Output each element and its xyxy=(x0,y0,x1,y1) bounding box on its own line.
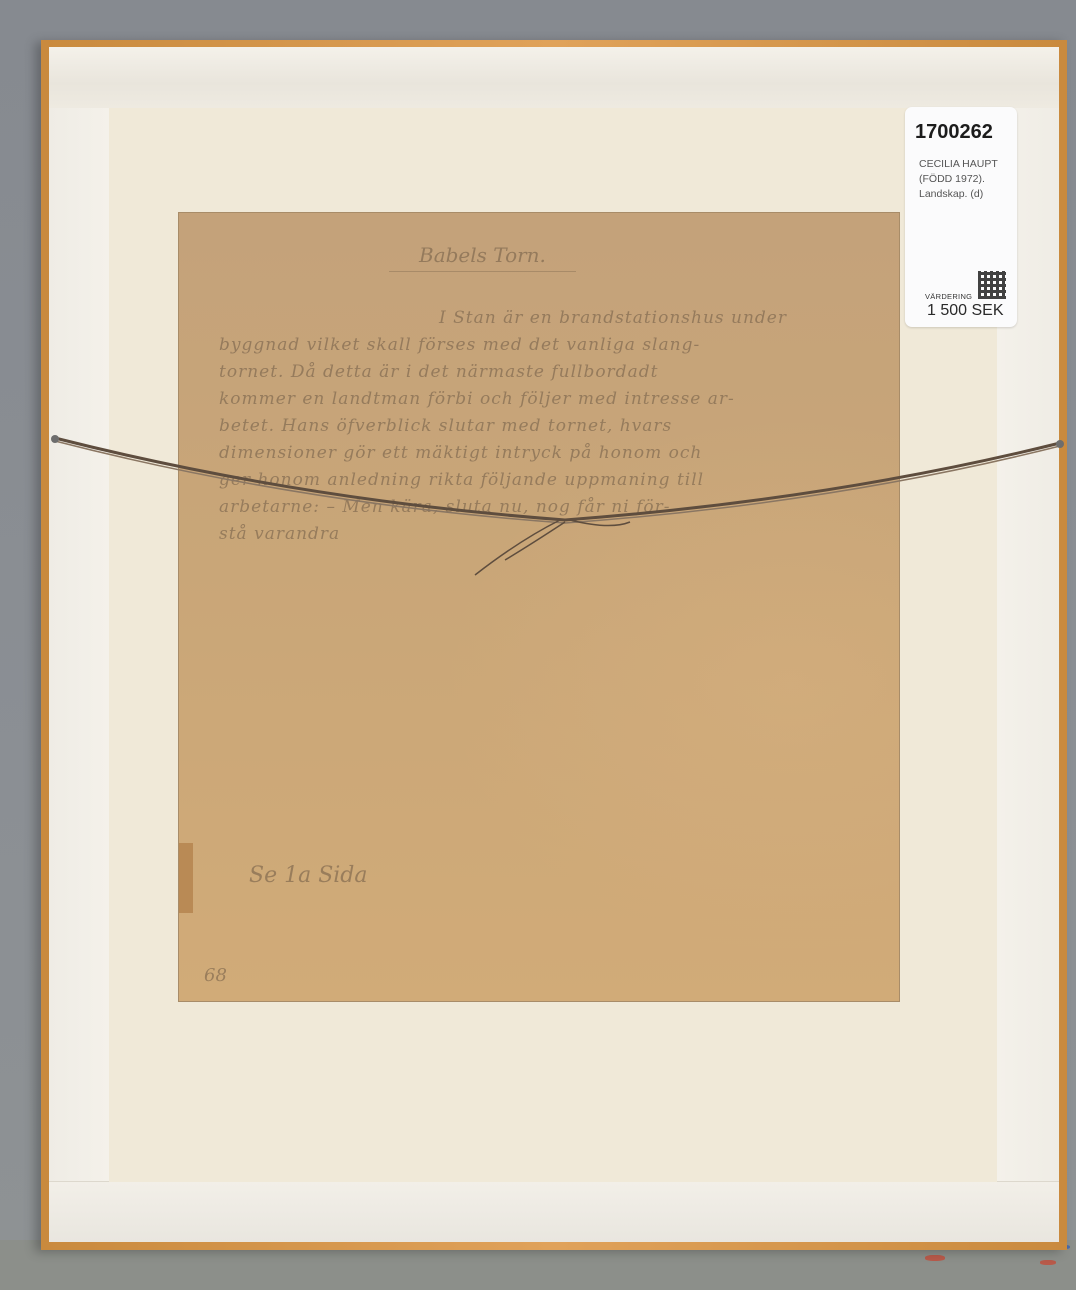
handwritten-line: I Stan är en brandstationshus under xyxy=(219,305,859,332)
artwork-title: Landskap. (d) xyxy=(919,187,998,202)
handwritten-line: arbetarne: – Men kära, sluta nu, nog får… xyxy=(219,494,859,521)
paper-edge-strip xyxy=(179,843,193,913)
auction-label: 1700262 CECILIA HAUPT (FÖDD 1972). Lands… xyxy=(905,107,1017,327)
lot-description: CECILIA HAUPT (FÖDD 1972). Landskap. (d) xyxy=(919,157,998,202)
handwritten-line: kommer en landtman förbi och följer med … xyxy=(219,386,859,413)
handwritten-line: tornet. Då detta är i det närmaste fullb… xyxy=(219,359,859,386)
tape-bottom xyxy=(49,1181,1059,1242)
artist-born: (FÖDD 1972). xyxy=(919,172,998,187)
handwritten-line: ger honom anledning rikta följande uppma… xyxy=(219,467,859,494)
handwritten-note: Se 1a Sida xyxy=(249,863,368,888)
valuation-label: VÄRDERING xyxy=(925,292,972,301)
handwritten-line: dimensioner gör ett mäktigt intryck på h… xyxy=(219,440,859,467)
handwritten-number: 68 xyxy=(204,965,227,986)
handwritten-line: stå varandra xyxy=(219,521,859,548)
lot-number: 1700262 xyxy=(915,121,993,144)
valuation-amount: 1 500 SEK xyxy=(927,302,1004,320)
tape-top xyxy=(49,47,1059,109)
handwritten-title: Babels Torn. xyxy=(389,243,576,272)
handwritten-line: betet. Hans öfverblick slutar med tornet… xyxy=(219,413,859,440)
handwritten-line: byggnad vilket skall förses med det vanl… xyxy=(219,332,859,359)
aged-paper-sheet: Babels Torn. I Stan är en brandstationsh… xyxy=(178,212,900,1002)
handwritten-text: I Stan är en brandstationshus under bygg… xyxy=(219,305,859,548)
artist-name: CECILIA HAUPT xyxy=(919,157,998,172)
qr-code-icon xyxy=(978,271,1006,299)
tape-left xyxy=(49,108,110,1242)
